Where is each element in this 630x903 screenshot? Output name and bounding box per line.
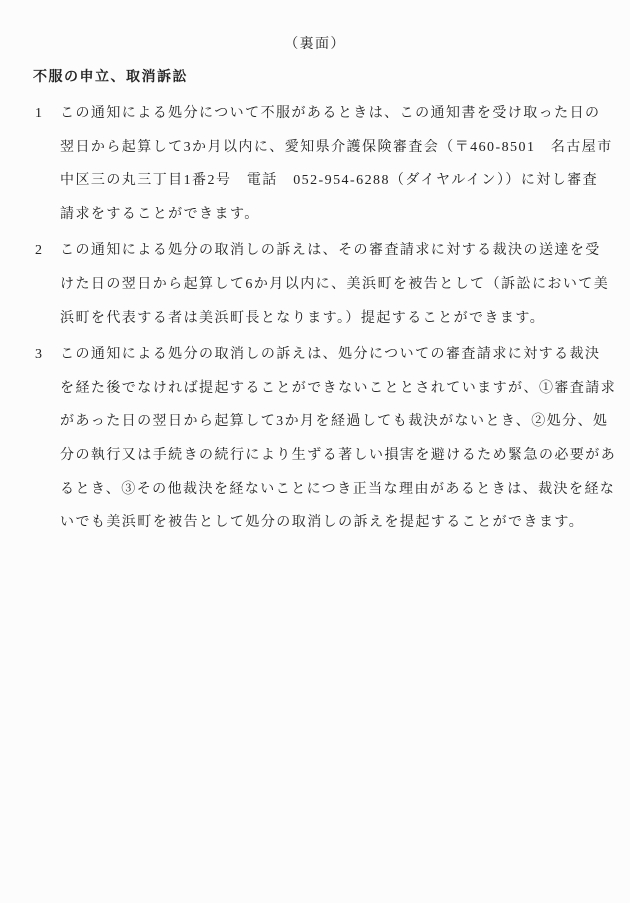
item-line-text: るとき、③その他裁決を経ないことにつき正当な理由があるときは、裁決を経な xyxy=(60,473,608,507)
item-line: 2この通知による処分の取消しの訴えは、その審査請求に対する裁決の送達を受 xyxy=(33,234,608,268)
item-line-text: いでも美浜町を被告として処分の取消しの訴えを提起することができます。 xyxy=(60,506,608,540)
item-line-text: 請求をすることができます。 xyxy=(60,198,608,232)
item-line: 3この通知による処分の取消しの訴えは、処分についての審査請求に対する裁決 xyxy=(33,338,608,372)
item-line: 請求をすることができます。 xyxy=(33,198,608,232)
item-line-text: 分の執行又は手続きの続行により生ずる著しい損害を避けるため緊急の必要があ xyxy=(60,439,608,473)
item-line: 翌日から起算して3か月以内に、愛知県介護保険審査会（〒460-8501 名古屋市 xyxy=(33,131,608,165)
item-number: 1 xyxy=(33,97,60,131)
list-item: 3この通知による処分の取消しの訴えは、処分についての審査請求に対する裁決を経た後… xyxy=(33,338,608,540)
item-line: けた日の翌日から起算して6か月以内に、美浜町を被告として（訴訟において美 xyxy=(33,268,608,302)
item-line-text: 翌日から起算して3か月以内に、愛知県介護保険審査会（〒460-8501 名古屋市 xyxy=(60,131,608,165)
item-line: があった日の翌日から起算して3か月を経過しても裁決がないとき、②処分、処 xyxy=(33,405,608,439)
item-line-text: けた日の翌日から起算して6か月以内に、美浜町を被告として（訴訟において美 xyxy=(60,268,608,302)
item-line-text: 浜町を代表する者は美浜町長となります。）提起することができます。 xyxy=(60,302,608,336)
item-line-text: があった日の翌日から起算して3か月を経過しても裁決がないとき、②処分、処 xyxy=(60,405,608,439)
document-page: （裏面） 不服の申立、取消訴訟 1この通知による処分について不服があるときは、こ… xyxy=(0,0,630,903)
item-line-text: 中区三の丸三丁目1番2号 電話 052-954-6288（ダイヤルイン））に対し… xyxy=(60,164,608,198)
list-item: 1この通知による処分について不服があるときは、この通知書を受け取った日の翌日から… xyxy=(33,97,608,231)
item-line: いでも美浜町を被告として処分の取消しの訴えを提起することができます。 xyxy=(33,506,608,540)
list-item: 2この通知による処分の取消しの訴えは、その審査請求に対する裁決の送達を受けた日の… xyxy=(33,234,608,335)
item-line-text: この通知による処分の取消しの訴えは、その審査請求に対する裁決の送達を受 xyxy=(60,234,601,268)
item-line: るとき、③その他裁決を経ないことにつき正当な理由があるときは、裁決を経な xyxy=(33,473,608,507)
item-line: を経た後でなければ提起することができないこととされていますが、①審査請求 xyxy=(33,372,608,406)
item-line-text: この通知による処分について不服があるときは、この通知書を受け取った日の xyxy=(60,97,600,131)
item-line: 中区三の丸三丁目1番2号 電話 052-954-6288（ダイヤルイン））に対し… xyxy=(33,164,608,198)
item-line: 浜町を代表する者は美浜町長となります。）提起することができます。 xyxy=(33,302,608,336)
item-line-text: この通知による処分の取消しの訴えは、処分についての審査請求に対する裁決 xyxy=(60,338,600,372)
page-side-label: （裏面） xyxy=(0,35,630,55)
item-number: 2 xyxy=(33,234,60,268)
appeal-items: 1この通知による処分について不服があるときは、この通知書を受け取った日の翌日から… xyxy=(33,97,608,540)
item-number: 3 xyxy=(33,338,60,372)
document-heading: 不服の申立、取消訴訟 xyxy=(33,68,188,88)
item-line: 1この通知による処分について不服があるときは、この通知書を受け取った日の xyxy=(33,97,608,131)
item-line-text: を経た後でなければ提起することができないこととされていますが、①審査請求 xyxy=(60,372,608,406)
item-line: 分の執行又は手続きの続行により生ずる著しい損害を避けるため緊急の必要があ xyxy=(33,439,608,473)
